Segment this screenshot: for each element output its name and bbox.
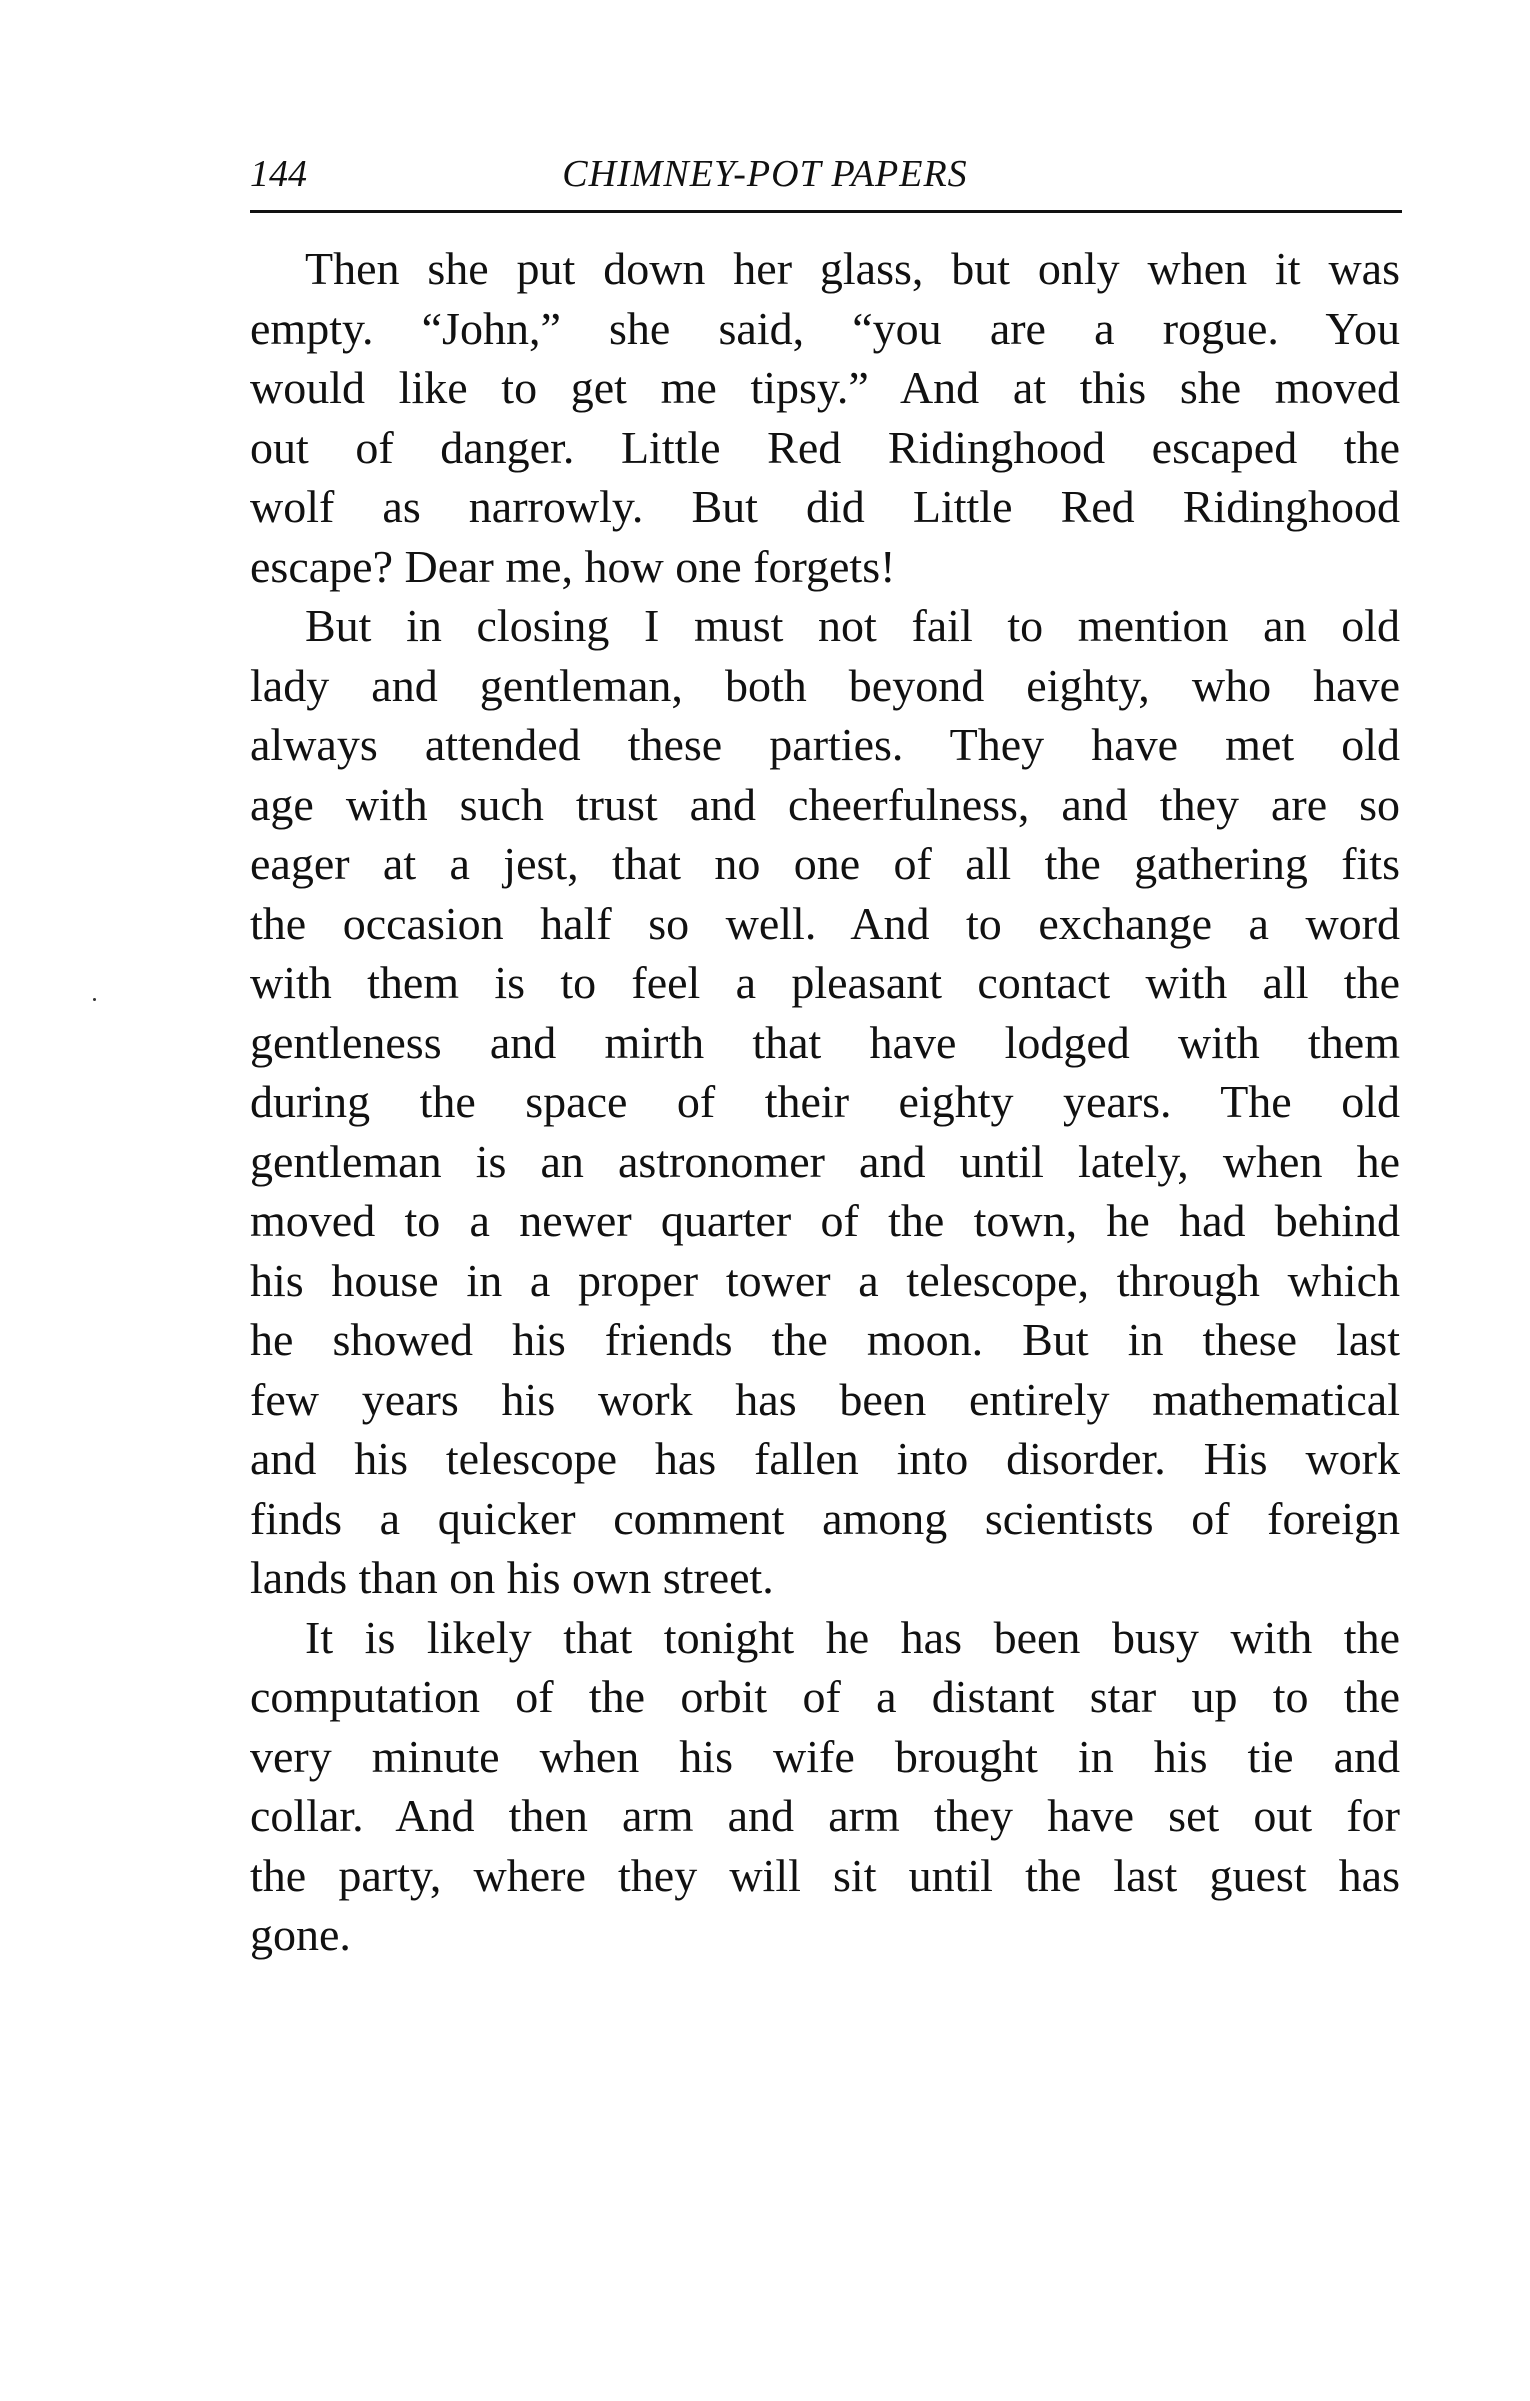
text-line: gentleman is an astronomer and until lat…	[250, 1132, 1400, 1192]
text-line: with them is to feel a pleasant contact …	[250, 953, 1400, 1013]
text-line: lady and gentleman, both beyond eighty, …	[250, 656, 1400, 716]
header-rule	[250, 210, 1402, 213]
text-line: collar. And then arm and arm they have s…	[250, 1786, 1400, 1846]
text-line: computation of the orbit of a distant st…	[250, 1667, 1400, 1727]
text-line: lands than on his own street.	[250, 1548, 1400, 1608]
paragraph: But in closing I must not fail to mentio…	[250, 596, 1400, 1608]
body-text: Then she put down her glass, but only wh…	[250, 239, 1400, 1965]
text-line: the occasion half so well. And to exchan…	[250, 894, 1400, 954]
text-line: eager at a jest, that no one of all the …	[250, 834, 1400, 894]
scan-speck	[93, 998, 96, 1001]
running-title: CHIMNEY-POT PAPERS	[190, 146, 1340, 202]
text-line: very minute when his wife brought in his…	[250, 1727, 1400, 1787]
text-line: during the space of their eighty years. …	[250, 1072, 1400, 1132]
text-line: his house in a proper tower a telescope,…	[250, 1251, 1400, 1311]
text-line: moved to a newer quarter of the town, he…	[250, 1191, 1400, 1251]
text-line: few years his work has been entirely mat…	[250, 1370, 1400, 1430]
text-line: age with such trust and cheerfulness, an…	[250, 775, 1400, 835]
text-line: the party, where they will sit until the…	[250, 1846, 1400, 1906]
text-line: It is likely that tonight he has been bu…	[250, 1608, 1400, 1668]
running-head: 144 CHIMNEY-POT PAPERS	[250, 146, 1400, 202]
text-line: would like to get me tipsy.” And at this…	[250, 358, 1400, 418]
paragraph: It is likely that tonight he has been bu…	[250, 1608, 1400, 1965]
text-line: wolf as narrowly. But did Little Red Rid…	[250, 477, 1400, 537]
text-line: escape? Dear me, how one forgets!	[250, 537, 1400, 597]
text-line: finds a quicker comment among scientists…	[250, 1489, 1400, 1549]
text-line: and his telescope has fallen into disord…	[250, 1429, 1400, 1489]
text-line: gone.	[250, 1905, 1400, 1965]
text-line: gentleness and mirth that have lodged wi…	[250, 1013, 1400, 1073]
text-line: empty. “John,” she said, “you are a rogu…	[250, 299, 1400, 359]
text-line: But in closing I must not fail to mentio…	[250, 596, 1400, 656]
text-line: out of danger. Little Red Ridinghood esc…	[250, 418, 1400, 478]
text-line: he showed his friends the moon. But in t…	[250, 1310, 1400, 1370]
book-page: 144 CHIMNEY-POT PAPERS Then she put down…	[0, 0, 1530, 2401]
text-line: always attended these parties. They have…	[250, 715, 1400, 775]
paragraph: Then she put down her glass, but only wh…	[250, 239, 1400, 596]
text-line: Then she put down her glass, but only wh…	[250, 239, 1400, 299]
